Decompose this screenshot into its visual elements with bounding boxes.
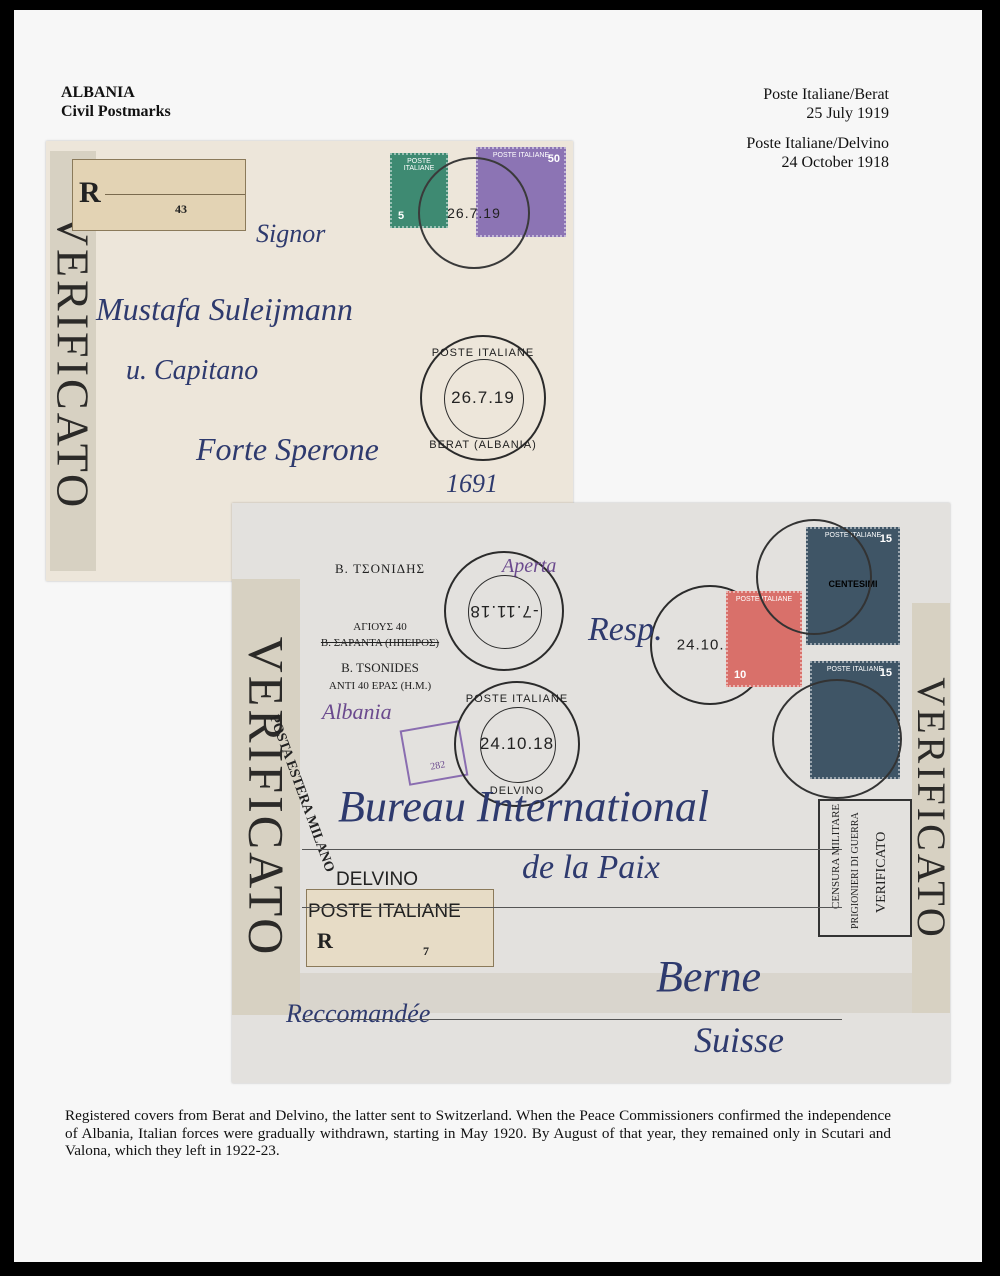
stamp-value: 10: [734, 669, 746, 681]
scan-edge-right: [982, 0, 1000, 1276]
registration-letter: R: [317, 928, 333, 954]
address-line: Bureau International: [338, 781, 709, 832]
sender-latin-name: B. TSONIDES: [310, 660, 450, 676]
postmark-date: -7.11.18: [446, 601, 562, 621]
address-rule: [302, 1019, 842, 1020]
cover2-date: 24 October 1918: [746, 153, 889, 172]
country-title: ALBANIA: [61, 83, 171, 102]
page-caption: Registered covers from Berat and Delvino…: [65, 1107, 891, 1160]
section-subtitle: Civil Postmarks: [61, 102, 171, 121]
censor-tape-right-text: VERIFICATO: [912, 677, 950, 940]
registration-number: 43: [175, 202, 187, 217]
postmark-date: 24.10.18: [456, 734, 578, 754]
address-line: Suisse: [694, 1019, 784, 1061]
postmark-date: 26.7.19: [422, 388, 544, 408]
violet-handstamp-number: 282: [429, 759, 446, 772]
address-line: de la Paix: [522, 849, 660, 887]
postmark-top-text: POSTE ITALIANE: [456, 693, 578, 705]
registration-office: DELVINO: [336, 869, 418, 891]
handwritten-resp: Resp.: [588, 611, 663, 649]
scan-edge-bottom: [0, 1262, 1000, 1276]
address-line: Berne: [656, 951, 761, 1002]
censor-tape-text: VERIFICATO: [50, 212, 96, 510]
cover2-office: Poste Italiane/Delvino: [746, 134, 889, 153]
handwritten-note: Aperta: [502, 555, 556, 578]
handwritten-recommandee: Reccomandée: [286, 999, 430, 1029]
postmark-on-stamps: 26.7.19: [418, 157, 530, 269]
postmark-berat: POSTE ITALIANE 26.7.19 BERAT (ALBANIA): [420, 335, 546, 461]
censor-line2: PRIGIONIERI DI GUERRA: [850, 812, 861, 929]
stamp-value: 15: [880, 533, 892, 545]
cover1-description: Poste Italiane/Berat 25 July 1919: [746, 85, 889, 123]
cover-descriptions: Poste Italiane/Berat 25 July 1919 Poste …: [746, 85, 889, 183]
registration-label: R 43: [72, 159, 246, 231]
address-line: Forte Sperone: [196, 431, 379, 468]
address-line: 1691: [446, 469, 498, 499]
address-rule: [302, 849, 842, 850]
postmark-on-stamp-top: [756, 519, 872, 635]
stamp-value: 50: [548, 153, 560, 165]
page-heading: ALBANIA Civil Postmarks: [61, 83, 171, 121]
address-line: Signor: [256, 219, 325, 249]
address-rule: [302, 907, 842, 908]
address-line: Mustafa Suleijmann: [96, 291, 353, 328]
cover-delvino: VERIFICATO VERIFICATO B. ΤΣΟΝΙΔΗΣ ΑΓΙΟΥΣ…: [232, 503, 950, 1083]
scan-edge-top: [0, 0, 1000, 10]
sender-greek-address: ΑΓΙΟΥΣ 40: [310, 621, 450, 633]
sender-country-handwritten: Albania: [322, 699, 392, 725]
registration-letter: R: [79, 176, 101, 210]
censor-line3: VERIFICATO: [874, 832, 890, 913]
sender-greek-name: B. ΤΣΟΝΙΔΗΣ: [310, 561, 450, 577]
censor-tape-right: VERIFICATO: [912, 603, 950, 1013]
censor-tape-text: VERIFICATO: [237, 637, 295, 958]
censura-militare-cachet: CENSURA MILITARE PRIGIONIERI DI GUERRA V…: [818, 799, 912, 937]
stamp-value: 5: [398, 210, 404, 222]
postmark-top-text: POSTE ITALIANE: [422, 347, 544, 359]
postmark-date: 26.7.19: [420, 205, 528, 221]
cover2-description: Poste Italiane/Delvino 24 October 1918: [746, 134, 889, 172]
postmark-bottom-text: BERAT (ALBANIA): [422, 439, 544, 451]
sender-greek-town: Β. ΣΑΡΑΝΤΑ (ΗΠΕΙΡΟΣ): [310, 637, 450, 649]
censor-line1: CENSURA MILITARE: [830, 804, 842, 909]
postmark-on-stamp-bottom: [772, 679, 902, 799]
sender-latin-address: ANTI 40 ΕΡΑΣ (Η.Μ.): [310, 680, 450, 692]
registration-poste-italiane: POSTE ITALIANE: [308, 901, 461, 923]
cover1-office: Poste Italiane/Berat: [746, 85, 889, 104]
cover1-date: 25 July 1919: [746, 104, 889, 123]
censor-tape-left: VERIFICATO: [232, 579, 300, 1015]
registration-number: 7: [423, 944, 429, 959]
address-line: u. Capitano: [126, 355, 258, 387]
stamp-value: 15: [880, 667, 892, 679]
